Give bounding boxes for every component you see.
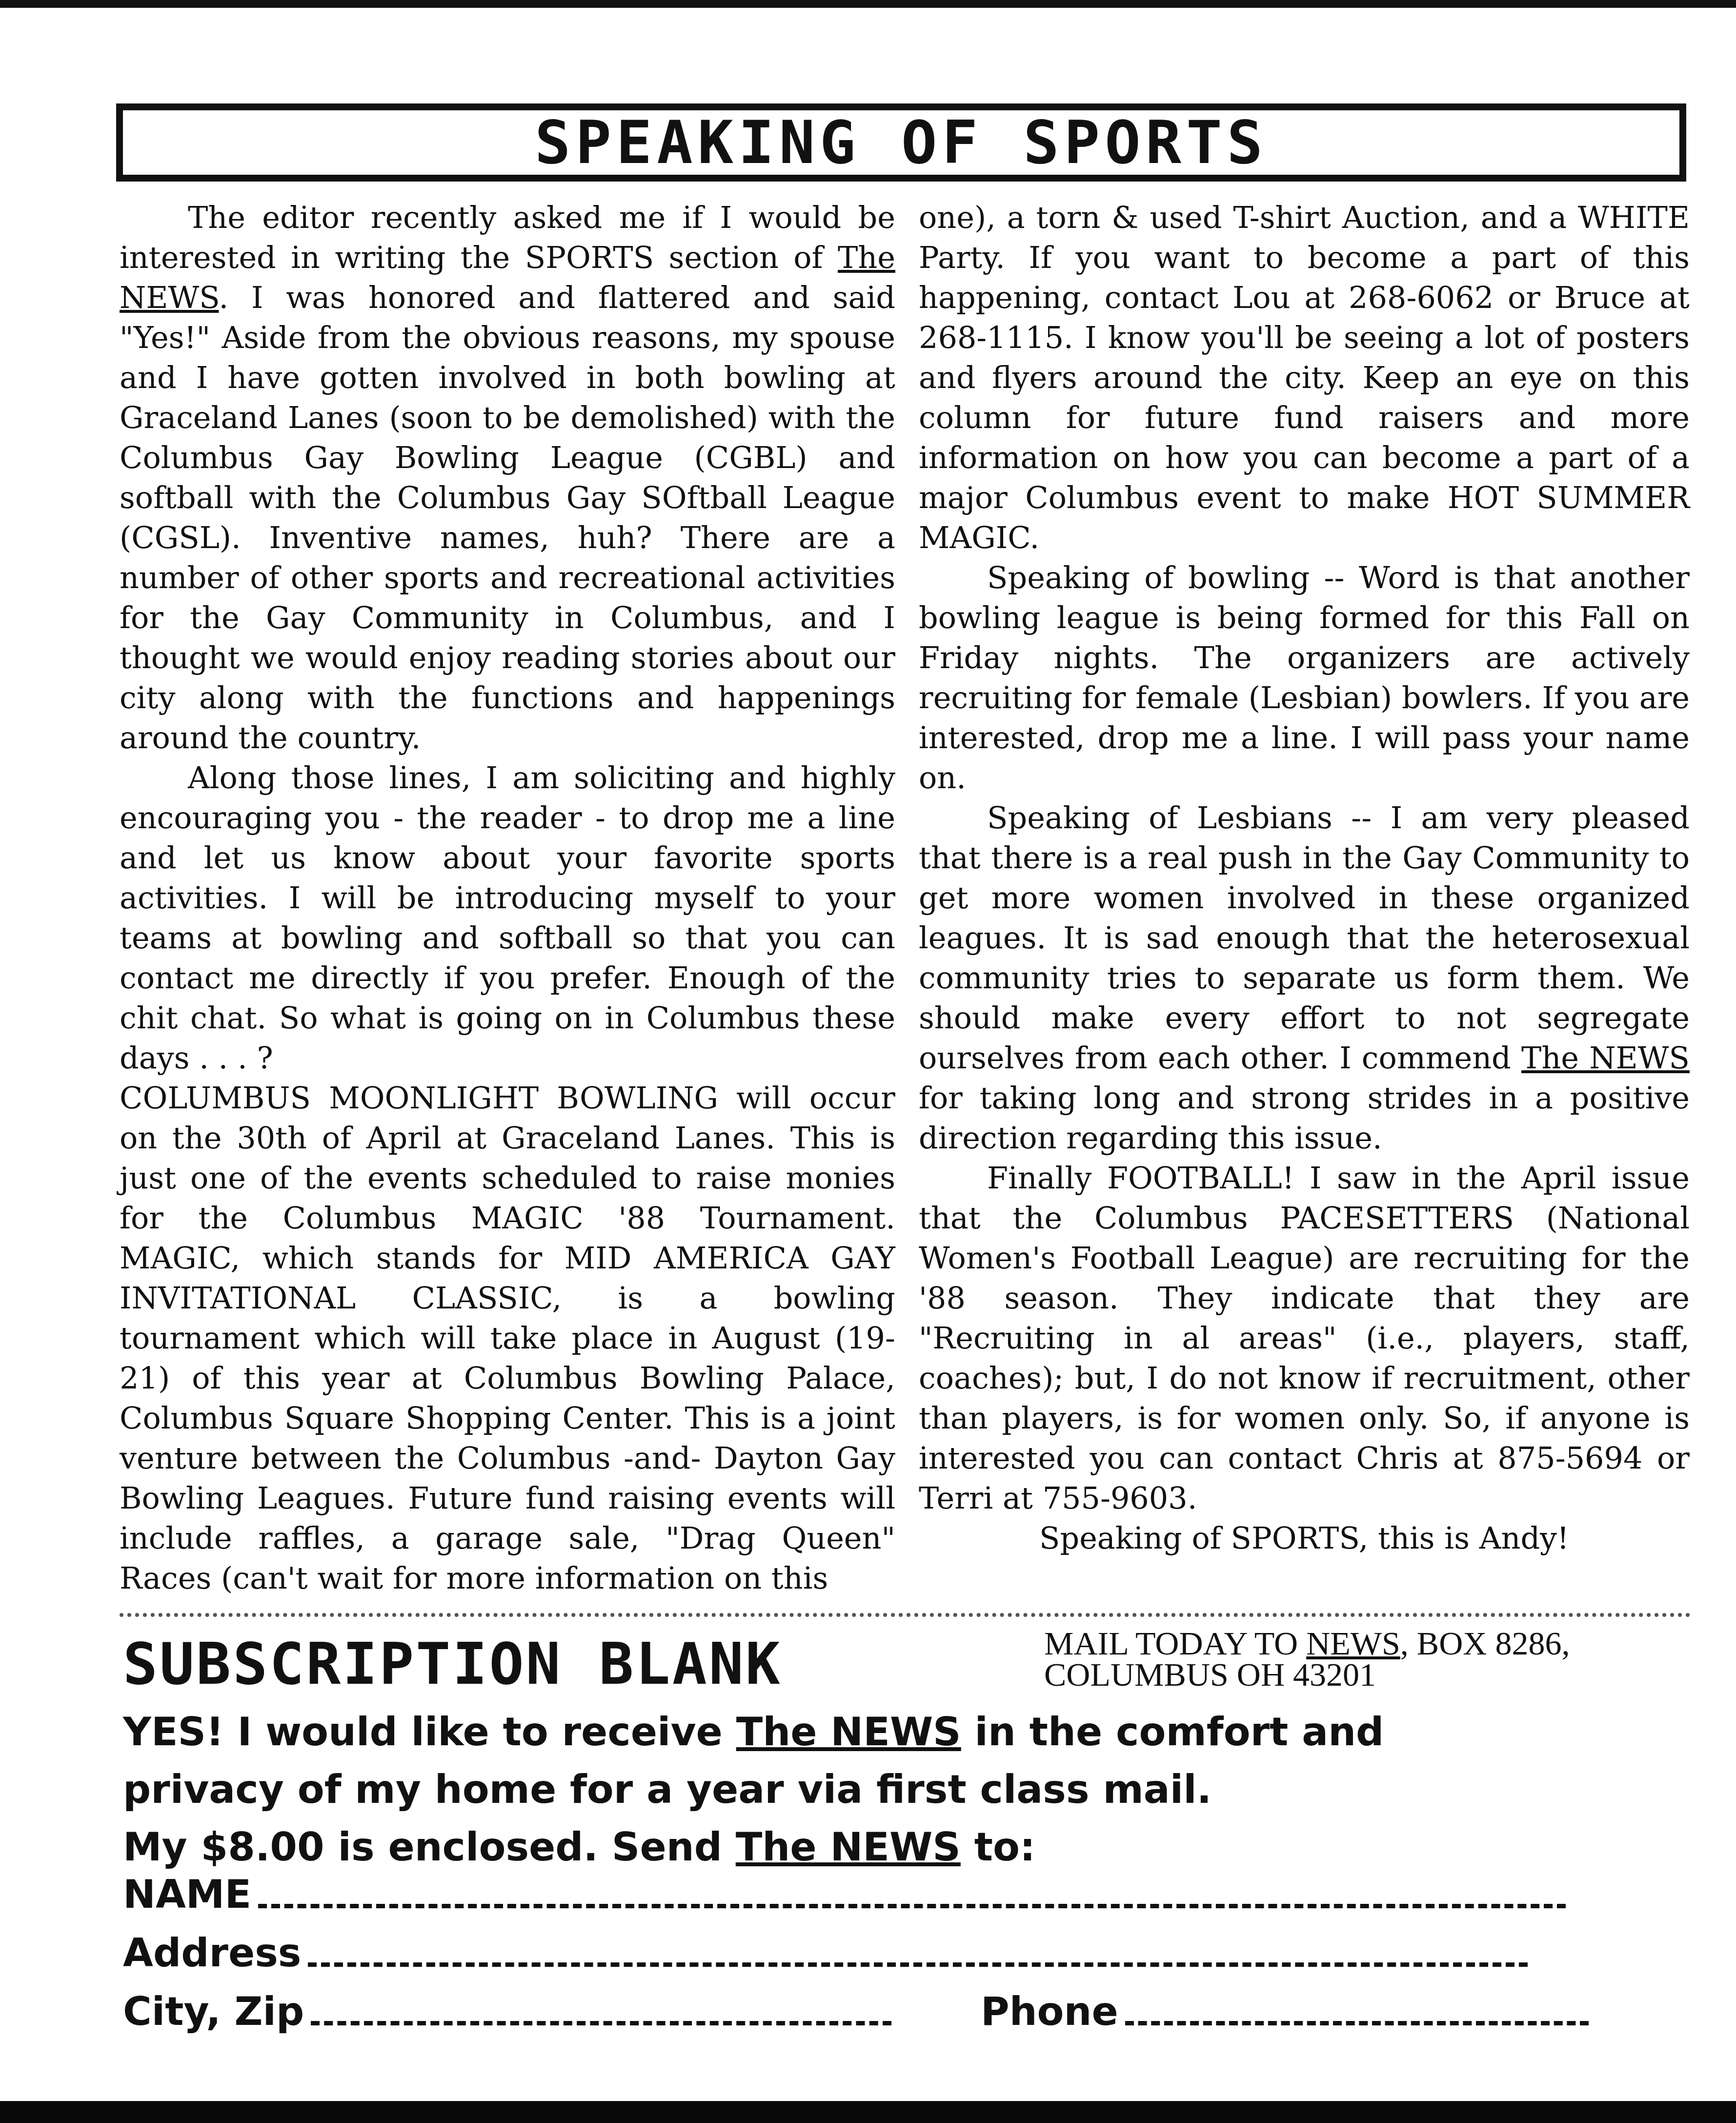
section-header: SPEAKING OF SPORTS (116, 103, 1686, 182)
address-label: Address (123, 1930, 301, 1976)
top-border (0, 0, 1736, 8)
address-field[interactable]: Address (123, 1930, 1528, 1976)
phone-blank[interactable] (1125, 2021, 1589, 2025)
article-column-right: one), a torn & used T-shirt Auction, and… (919, 198, 1690, 1558)
paragraph: Along those lines, I am soliciting and h… (120, 758, 895, 1078)
paragraph: Speaking of bowling -- Word is that anot… (919, 558, 1690, 798)
paragraph: Finally FOOTBALL! I saw in the April iss… (919, 1158, 1690, 1518)
dotted-divider (120, 1613, 1691, 1622)
mailing-address: MAIL TODAY TO NEWS, BOX 8286, COLUMBUS O… (1044, 1628, 1570, 1690)
city-zip-label: City, Zip (123, 1989, 304, 2034)
address-blank[interactable] (308, 1962, 1528, 1967)
city-zip-blank[interactable] (311, 2021, 891, 2025)
subscription-title: SUBSCRIPTION BLANK (123, 1630, 782, 1697)
name-blank[interactable] (258, 1904, 1566, 1908)
bottom-border (0, 2101, 1736, 2123)
subscription-text: YES! I would like to receive The NEWS in… (123, 1703, 1694, 1876)
page-title: SPEAKING OF SPORTS (535, 108, 1268, 177)
paragraph: one), a torn & used T-shirt Auction, and… (919, 198, 1690, 558)
paragraph: Speaking of Lesbians -- I am very please… (919, 798, 1690, 1158)
paragraph: COLUMBUS MOONLIGHT BOWLING will occur on… (120, 1078, 895, 1598)
article-column-left: The editor recently asked me if I would … (120, 198, 895, 1598)
phone-field[interactable]: Phone (981, 1989, 1589, 2034)
city-zip-field[interactable]: City, Zip (123, 1989, 891, 2034)
paragraph: The editor recently asked me if I would … (120, 198, 895, 758)
name-label: NAME (123, 1872, 251, 1917)
phone-label: Phone (981, 1989, 1118, 2034)
publication-name: The NEWS (1521, 1040, 1690, 1076)
name-field[interactable]: NAME (123, 1872, 1566, 1917)
signoff: Speaking of SPORTS, this is Andy! (919, 1518, 1690, 1558)
